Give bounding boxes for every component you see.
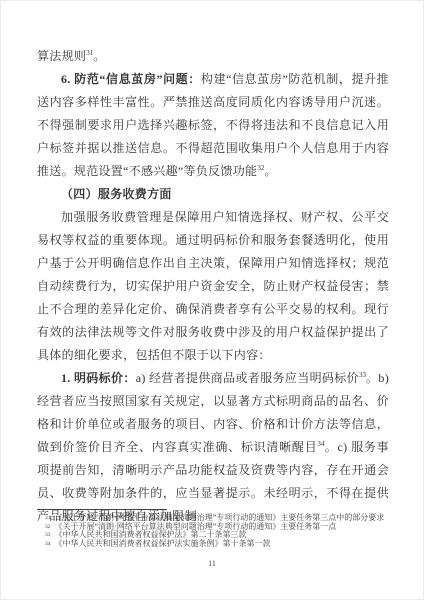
page-number: 11 — [1, 559, 423, 568]
paragraph-item-1-pricing: 1. 明码标价：a) 经营者提供商品或者服务应当明码标价33。b) 经营者应当按… — [37, 367, 389, 528]
paragraph-continuation-tail: 。 — [93, 49, 105, 63]
paragraph-continuation: 算法规则31。 — [37, 45, 389, 68]
section-heading-4: （四）服务收费方面 — [37, 183, 389, 206]
paragraph-intro: 加强服务收费管理是保障用户知情选择权、财产权、公平交易权等权益的重要体现。通过明… — [37, 206, 389, 367]
paragraph-item-6-label: 6. 防范“信息茧房”问题： — [61, 72, 201, 86]
footnote-number: 31 — [45, 514, 51, 523]
paragraph-item-6-tail: 。 — [264, 164, 276, 178]
paragraph-intro-text: 加强服务收费管理是保障用户知情选择权、财产权、公平交易权等权益的重要体现。通过明… — [37, 210, 389, 362]
document-page: 算法规则31。 6. 防范“信息茧房”问题：构建“信息茧房”防范机制，提升推送内… — [0, 0, 424, 600]
footnote-text: 《中华人民共和国消费者权益保护法实施条例》第十条第一款 — [55, 540, 396, 549]
footnote-number: 32 — [45, 523, 51, 532]
paragraph-continuation-text: 算法规则 — [37, 49, 86, 63]
footnote-number: 33 — [45, 531, 51, 540]
paragraph-item-1-label: 1. 明码标价： — [61, 371, 136, 385]
paragraph-item-6-text: 构建“信息茧房”防范机制，提升推送内容多样性丰富性。严禁推送高度同质化内容诱导用… — [37, 72, 389, 178]
footnote-ref-33: 33 — [359, 371, 366, 379]
footnote-separator — [37, 509, 167, 510]
footnote-number: 34 — [45, 540, 51, 549]
document-body: 算法规则31。 6. 防范“信息茧房”问题：构建“信息茧房”防范机制，提升推送内… — [37, 45, 389, 528]
paragraph-item-6: 6. 防范“信息茧房”问题：构建“信息茧房”防范机制，提升推送内容多样性丰富性。… — [37, 68, 389, 183]
footnote: 34 《中华人民共和国消费者权益保护法实施条例》第十条第一款 — [37, 540, 395, 549]
paragraph-item-1-seg-a: a) 经营者提供商品或者服务应当明码标价 — [136, 371, 359, 385]
footnotes-section: 31 《关于开展“清朗·网络平台算法典型问题治理”专项行动的通知》主要任务第三点… — [37, 509, 395, 548]
